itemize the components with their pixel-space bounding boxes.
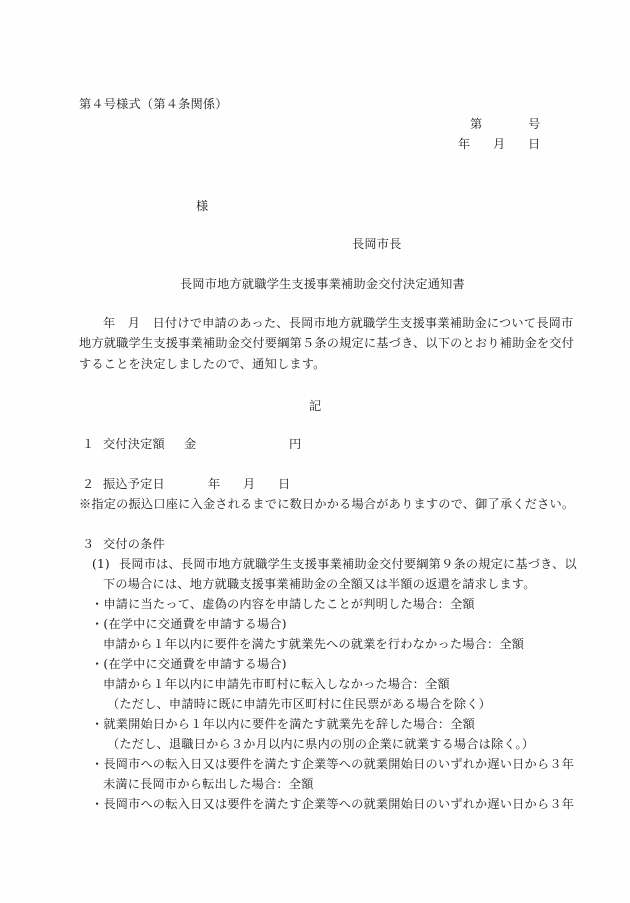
- transfer-note: ※指定の振込口座に入金されるまでに数日かかる場合がありますので、御了承ください。: [79, 497, 574, 511]
- body-line-1: 年 月 日付けで申請のあった、長岡市地方就職学生支援事業補助金について長岡市: [103, 316, 573, 330]
- condition-line: ・長岡市への転入日又は要件を満たす企業等への就業開始日のいずれか遅い日から３年: [91, 757, 574, 771]
- item-2-year: 年: [208, 477, 220, 491]
- item-2-number: ２: [82, 477, 94, 491]
- recipient-honorific: 様: [196, 199, 208, 213]
- document-title: 長岡市地方就職学生支援事業補助金交付決定通知書: [180, 277, 465, 291]
- condition-line: 申請から１年以内に要件を満たす就業先への就業を行わなかった場合：全額: [103, 637, 524, 651]
- item-1-label: 交付決定額: [103, 437, 165, 451]
- item-1-prefix: 金: [184, 437, 196, 451]
- form-label: 第４号様式（第４条関係）: [79, 97, 228, 111]
- body-line-3: することを決定しましたので、通知します。: [79, 357, 326, 371]
- date-day: 日: [528, 137, 540, 151]
- number-suffix: 号: [528, 117, 540, 131]
- condition-line: （ただし、申請時に既に申請先市区町村に住民票がある場合を除く）: [107, 697, 491, 711]
- item-3-label: 交付の条件: [103, 537, 165, 551]
- item-1-unit: 円: [289, 437, 301, 451]
- condition-line: 未満に長岡市から転出した場合：全額: [103, 777, 314, 791]
- sub-1-line-2: 下の場合には、地方就職支援事業補助金の全額又は半額の返還を請求します。: [103, 577, 536, 591]
- date-month: 月: [493, 137, 505, 151]
- item-2-day: 日: [278, 477, 290, 491]
- condition-line: ・長岡市への転入日又は要件を満たす企業等への就業開始日のいずれか遅い日から３年: [91, 797, 574, 811]
- sub-1-line-1: 長岡市は、長岡市地方就職学生支援事業補助金交付要綱第９条の規定に基づき、以: [119, 557, 577, 571]
- item-2-month: 月: [243, 477, 255, 491]
- condition-line: （ただし、退職日から３か月以内に県内の別の企業に就業する場合は除く。）: [107, 737, 534, 751]
- body-line-2: 地方就職学生支援事業補助金交付要綱第５条の規定に基づき、以下のとおり補助金を交付: [79, 336, 574, 350]
- item-1-number: １: [82, 437, 94, 451]
- item-2-label: 振込予定日: [103, 477, 165, 491]
- condition-line: ・就業開始日から１年以内に要件を満たす就業先を辞した場合：全額: [91, 717, 475, 731]
- item-3-number: ３: [82, 537, 94, 551]
- condition-line: ・申請に当たって、虚偽の内容を申請したことが判明した場合：全額: [91, 597, 475, 611]
- sub-1-number: (1): [92, 557, 110, 571]
- condition-line: 申請から１年以内に申請先市町村に転入しなかった場合：全額: [103, 677, 450, 691]
- sender-name: 長岡市長: [352, 237, 402, 251]
- number-prefix: 第: [470, 117, 482, 131]
- ki-heading: 記: [309, 399, 321, 413]
- date-year: 年: [458, 137, 470, 151]
- condition-line: ・(在学中に交通費を申請する場合): [91, 617, 287, 631]
- condition-line: ・(在学中に交通費を申請する場合): [91, 657, 287, 671]
